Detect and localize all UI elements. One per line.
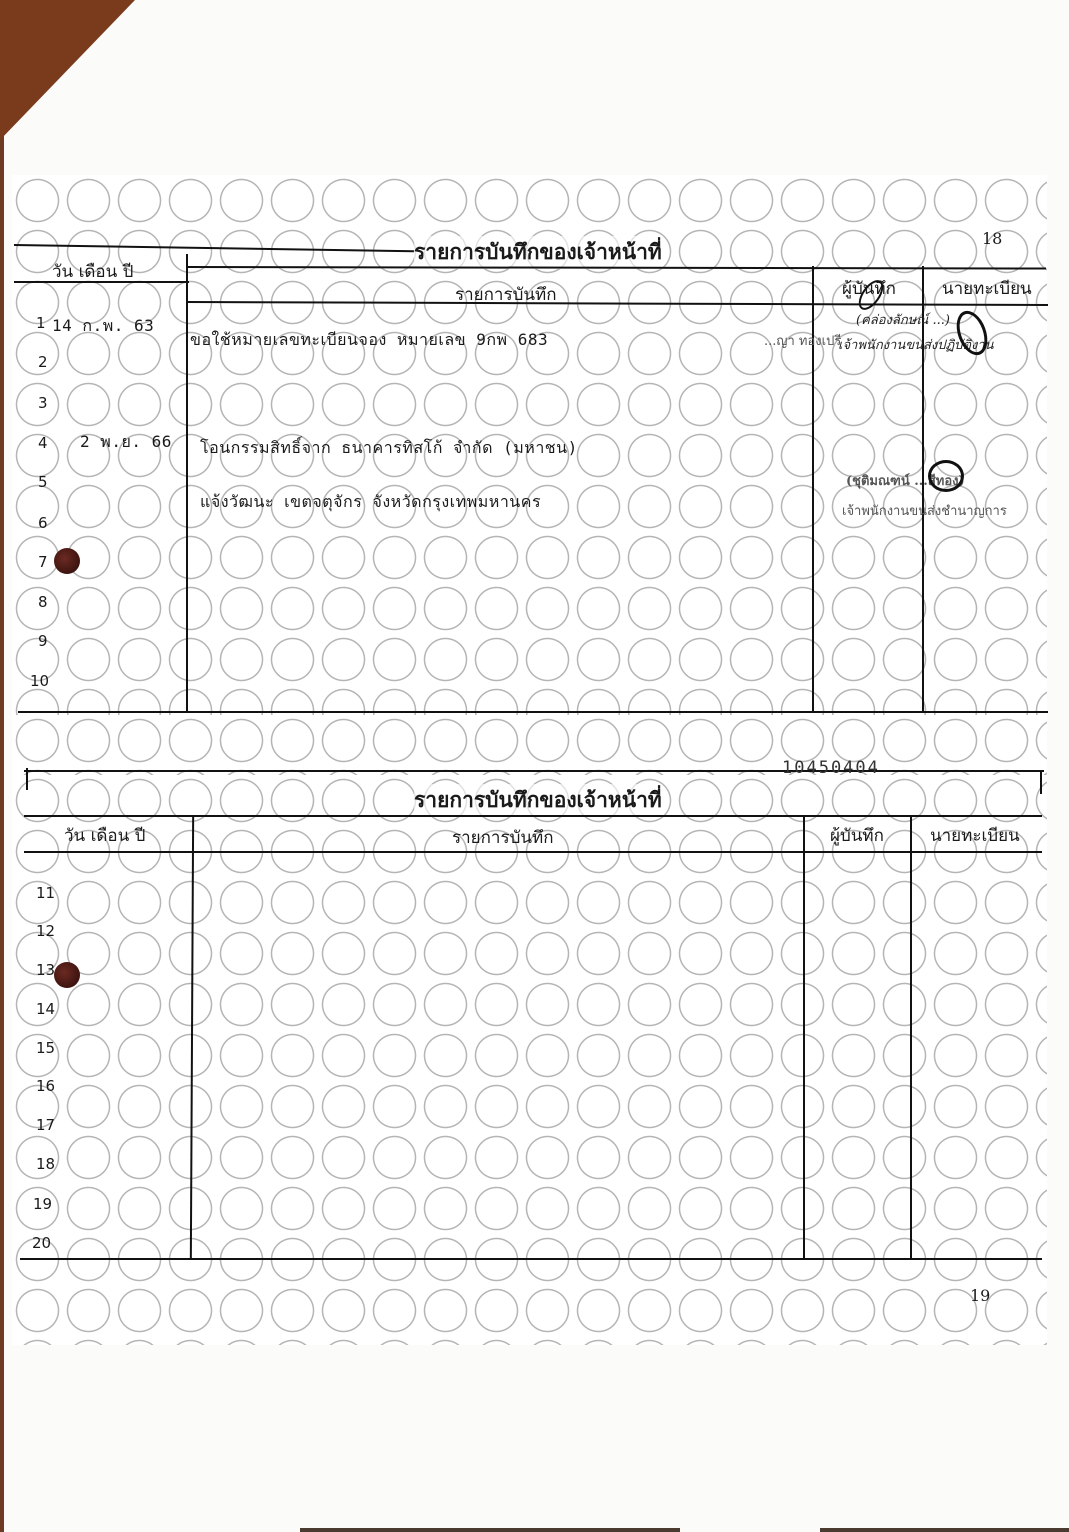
wood-background-bottom [300, 1528, 680, 1532]
header-border [24, 815, 1042, 817]
row-number: 4 [38, 434, 62, 452]
row-number: 12 [36, 922, 60, 940]
entry-date: 14 ก.พ. 63 [52, 314, 154, 339]
wood-background-corner [0, 0, 135, 140]
row-number: 6 [38, 514, 62, 532]
row-number: 8 [38, 593, 62, 611]
table-title: รายการบันทึกของเจ้าหน้าที่ [414, 236, 662, 269]
page-number: 19 [970, 1286, 990, 1305]
table-border-bottom [18, 711, 1048, 713]
column-divider [910, 815, 912, 1259]
row-number: 2 [38, 353, 62, 371]
table-border-right [1040, 770, 1042, 794]
table-title: รายการบันทึกของเจ้าหน้าที่ [414, 784, 662, 817]
row-number: 17 [36, 1116, 60, 1134]
header-entry: รายการบันทึก [452, 824, 554, 851]
signature-mark [928, 460, 964, 492]
header-entry: รายการบันทึก [455, 281, 557, 308]
row-number: 14 [36, 1000, 60, 1018]
security-pattern [12, 715, 1047, 775]
entry-text: ขอใช้หมายเลขทะเบียนจอง หมายเลข 9กพ 683 [190, 328, 548, 353]
page-number: 18 [982, 229, 1002, 248]
column-divider [186, 254, 188, 712]
entry-date: 2 พ.ย. 66 [80, 430, 172, 455]
row-number: 3 [38, 394, 62, 412]
header-registrar: นายทะเบียน [930, 822, 1020, 849]
entry-text: แจ้งวัฒนะ เขตจตุจักร จังหวัดกรุงเทพมหานค… [200, 490, 541, 515]
entry-text: โอนกรรมสิทธิ์จาก ธนาคารทิสโก้ จำกัด (มหา… [200, 436, 578, 461]
recorder-name-stamp: ...ญา ทองเปรี [764, 330, 841, 351]
official-name-stamp: (คล่องลักษณ์ ...) [856, 309, 950, 330]
wood-background-bottom [820, 1528, 1069, 1532]
header-divider [24, 851, 1042, 853]
official-title-stamp: เจ้าพนักงานขนส่งชำนาญการ [842, 500, 1007, 521]
row-number: 15 [36, 1039, 60, 1057]
header-registrar: นายทะเบียน [942, 275, 1032, 302]
row-number: 11 [36, 884, 60, 902]
table-border-left [26, 768, 28, 790]
row-number: 18 [36, 1155, 60, 1173]
row-number: 20 [32, 1234, 56, 1252]
table-border-bottom [20, 1258, 1042, 1260]
header-recorder: ผู้บันทึก [830, 822, 884, 849]
punch-hole [54, 962, 80, 988]
row-number: 10 [30, 672, 54, 690]
header-date: วัน เดือน ปี [52, 258, 133, 285]
header-date: วัน เดือน ปี [64, 822, 145, 849]
wood-background-edge [0, 0, 4, 1532]
row-number: 19 [33, 1195, 57, 1213]
row-number: 5 [38, 473, 62, 491]
table-border-top [24, 770, 1044, 772]
punch-hole [54, 548, 80, 574]
row-number: 9 [38, 632, 62, 650]
column-divider [803, 815, 805, 1259]
row-number: 16 [36, 1077, 60, 1095]
serial-number: 10450404 [782, 758, 880, 778]
